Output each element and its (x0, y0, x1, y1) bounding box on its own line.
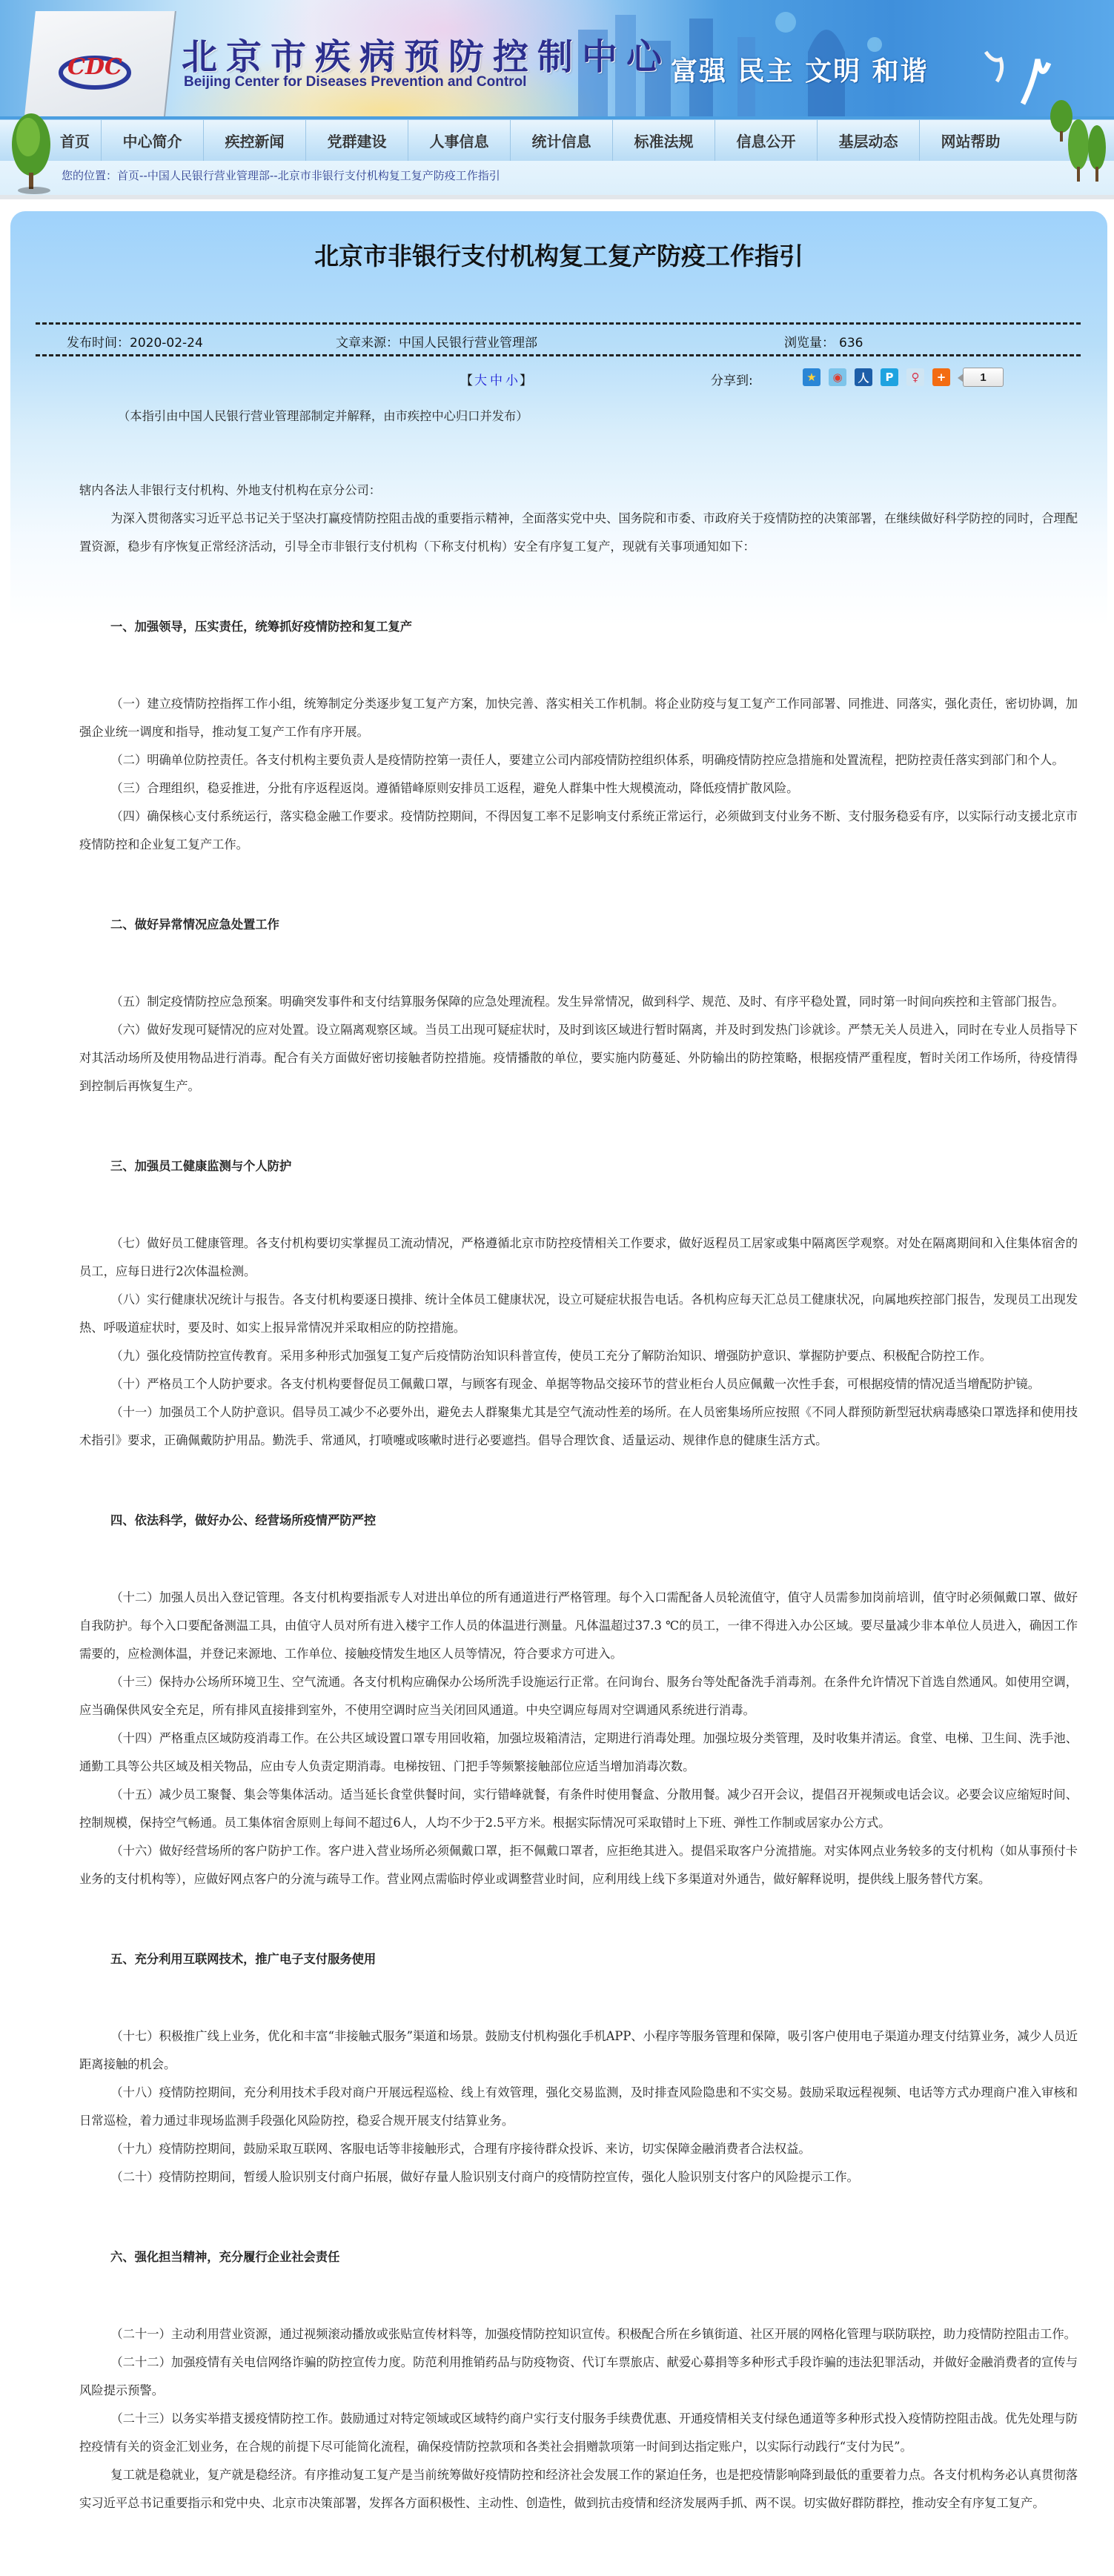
paragraph: （十一）加强员工个人防护意识。倡导员工减少不必要外出，避免去人群聚集尤其是空气流… (79, 1398, 1078, 1455)
paragraph: （九）强化疫情防控宣传教育。采用多种形式加强复工复产后疫情防治知识科普宣传，使员… (79, 1342, 1078, 1370)
nav-item-help[interactable]: 网站帮助 (919, 120, 1021, 161)
nav-item-home[interactable]: 首页 (49, 120, 101, 161)
nav-list: 首页 中心简介 疾控新闻 党群建设 人事信息 统计信息 标准法规 信息公开 基层… (49, 120, 1021, 161)
font-size-large[interactable]: 大 (474, 374, 487, 388)
share-buttons: ★ ◉ 人 P ♀ + 1 (803, 368, 1004, 387)
section-heading: 三、加强员工健康监测与个人防护 (79, 1152, 1078, 1181)
paragraph: （四）确保核心支付系统运行，落实稳金融工作要求。疫情防控期间，不得因复工率不足影… (79, 803, 1078, 859)
share-label: 分享到: (711, 370, 753, 388)
trees-decoration (1045, 87, 1112, 187)
paragraph: （三）合理组织，稳妥推进，分批有序返程返岗。遵循错峰原则安排员工返程，避免人群集… (79, 774, 1078, 803)
tqq-icon[interactable]: ♀ (906, 368, 924, 386)
article-source: 文章来源：中国人民银行营业管理部 (336, 332, 537, 351)
paragraph: （十）严格员工个人防护要求。各支付机构要督促员工佩戴口罩，与顾客有现金、单据等物… (79, 1370, 1078, 1398)
breadcrumb-prefix: 您的位置： (62, 169, 117, 182)
publish-date: 发布时间：2020-02-24 (67, 332, 203, 351)
paragraph: （五）制定疫情防控应急预案。明确突发事件和支付结算服务保障的应急处理流程。发生异… (79, 988, 1078, 1016)
nav-item-party[interactable]: 党群建设 (305, 120, 408, 161)
intro-paragraph: 为深入贯彻落实习近平总书记关于坚决打赢疫情防控阻击战的重要指示精神，全面落实党中… (79, 505, 1078, 561)
font-size-switcher: 【大中小】 (460, 370, 532, 388)
pengyou-icon[interactable]: P (881, 368, 898, 386)
paragraph: （十九）疫情防控期间，鼓励采取互联网、客服电话等非接触形式，合理有序接待群众投诉… (79, 2135, 1078, 2163)
paragraph: （一）建立疫情防控指挥工作小组，统筹制定分类逐步复工复产方案，加快完善、落实相关… (79, 690, 1078, 746)
closing-paragraph: 复工就是稳就业，复产就是稳经济。有序推动复工复产是当前统筹做好疫情防控和经济社会… (79, 2461, 1078, 2517)
nav-item-about[interactable]: 中心简介 (101, 120, 203, 161)
paragraph: （二十三）以务实举措支援疫情防控工作。鼓励通过对特定领域或区域特约商户实行支付服… (79, 2405, 1078, 2461)
font-size-small[interactable]: 小 (505, 374, 518, 388)
nav-item-standards[interactable]: 标准法规 (612, 120, 715, 161)
site-banner: CDC 北京市疾病预防控制中心 Beijing Center for Disea… (0, 0, 1114, 116)
share-count: 1 (963, 368, 1004, 387)
nav-item-hr[interactable]: 人事信息 (408, 120, 510, 161)
site-title-cn: 北京市疾病预防控制中心 (182, 28, 671, 79)
paragraph: （二）明确单位防控责任。各支付机构主要负责人是疫情防控第一责任人，要建立公司内部… (79, 746, 1078, 774)
section-heading: 五、充分利用互联网技术，推广电子支付服务使用 (79, 1945, 1078, 1974)
breadcrumb-separator: -- (139, 169, 147, 182)
main-nav: 首页 中心简介 疾控新闻 党群建设 人事信息 统计信息 标准法规 信息公开 基层… (0, 116, 1114, 161)
paragraph: （七）做好员工健康管理。各支付机构要切实掌握员工流动情况，严格遵循北京市防控疫情… (79, 1229, 1078, 1286)
section-heading: 四、依法科学，做好办公、经营场所疫情严防严控 (79, 1507, 1078, 1535)
paragraph: （十四）严格重点区域防疫消毒工作。在公共区域设置口罩专用回收箱，加强垃圾箱清洁，… (79, 1724, 1078, 1781)
breadcrumb-pbc[interactable]: 中国人民银行营业管理部 (147, 169, 270, 182)
weibo-icon[interactable]: ◉ (829, 368, 846, 386)
view-count: 浏览量：636 (784, 332, 863, 351)
paragraph: （十三）保持办公场所环境卫生、空气流通。各支付机构应确保办公场所洗手设施运行正常… (79, 1668, 1078, 1724)
greeting: 辖内各法人非银行支付机构、外地支付机构在京分公司： (79, 477, 1078, 505)
nav-item-statistics[interactable]: 统计信息 (510, 120, 612, 161)
tree-decoration (9, 107, 53, 196)
article-tools: 【大中小】 分享到: ★ ◉ 人 P ♀ + 1 (10, 356, 1107, 402)
article-title: 北京市非银行支付机构复工复产防疫工作指引 (10, 211, 1107, 322)
paragraph: （十六）做好经营场所的客户防护工作。客户进入营业场所必须佩戴口罩，拒不佩戴口罩者… (79, 1837, 1078, 1893)
cdc-logo: CDC (58, 46, 132, 90)
renren-icon[interactable]: 人 (855, 368, 872, 386)
section-heading: 二、做好异常情况应急处置工作 (79, 911, 1078, 939)
paragraph: （十八）疫情防控期间，充分利用技术手段对商户开展远程巡检、线上有效管理，强化交易… (79, 2079, 1078, 2135)
article-note: （本指引由中国人民银行营业管理部制定并解释，由市疾控中心归口并发布） (79, 402, 1078, 477)
paragraph: （八）实行健康状况统计与报告。各支付机构要逐日摸排、统计全体员工健康状况，设立可… (79, 1286, 1078, 1342)
article-container: 北京市非银行支付机构复工复产防疫工作指引 发布时间：2020-02-24 文章来… (10, 211, 1107, 2547)
breadcrumb-current[interactable]: 北京市非银行支付机构复工复产防疫工作指引 (278, 169, 500, 182)
paragraph: （二十一）主动利用营业资源，通过视频滚动播放或张贴宣传材料等，加强疫情防控知识宣… (79, 2320, 1078, 2348)
paragraph: （十二）加强人员出入登记管理。各支付机构要指派专人对进出单位的所有通道进行严格管… (79, 1584, 1078, 1668)
svg-text:CDC: CDC (67, 54, 122, 80)
nav-item-disclosure[interactable]: 信息公开 (715, 120, 817, 161)
slogan: 富强 民主 文明 和谐 (671, 50, 929, 88)
breadcrumb: 您的位置：首页--中国人民银行营业管理部--北京市非银行支付机构复工复产防疫工作… (0, 161, 1114, 199)
breadcrumb-separator: -- (270, 169, 278, 182)
section-heading: 一、加强领导，压实责任，统筹抓好疫情防控和复工复产 (79, 613, 1078, 641)
more-share-icon[interactable]: + (932, 368, 950, 386)
breadcrumb-home[interactable]: 首页 (117, 169, 139, 182)
paragraph: （六）做好发现可疑情况的应对处置。设立隔离观察区域。当员工出现可疑症状时，及时到… (79, 1016, 1078, 1101)
site-title-en: Beijing Center for Diseases Prevention a… (184, 74, 526, 90)
qzone-icon[interactable]: ★ (803, 368, 820, 386)
article-meta: 发布时间：2020-02-24 文章来源：中国人民银行营业管理部 浏览量：636 (36, 322, 1081, 356)
section-heading: 六、强化担当精神，充分履行企业社会责任 (79, 2243, 1078, 2271)
paragraph: （十七）积极推广线上业务，优化和丰富“非接触式服务”渠道和场景。鼓励支付机构强化… (79, 2022, 1078, 2079)
paragraph: （十五）减少员工聚餐、集会等集体活动。适当延长食堂供餐时间，实行错峰就餐，有条件… (79, 1781, 1078, 1837)
nav-item-news[interactable]: 疾控新闻 (203, 120, 305, 161)
paragraph: （二十二）加强疫情有关电信网络诈骗的防控宣传力度。防范利用推销药品与防疫物资、代… (79, 2348, 1078, 2405)
nav-item-grassroots[interactable]: 基层动态 (817, 120, 919, 161)
paragraph: （二十）疫情防控期间，暂缓人脸识别支付商户拓展，做好存量人脸识别支付商户的疫情防… (79, 2163, 1078, 2191)
article-body: （本指引由中国人民银行营业管理部制定并解释，由市疾控中心归口并发布） 辖内各法人… (10, 402, 1107, 2517)
font-size-medium[interactable]: 中 (490, 374, 503, 388)
